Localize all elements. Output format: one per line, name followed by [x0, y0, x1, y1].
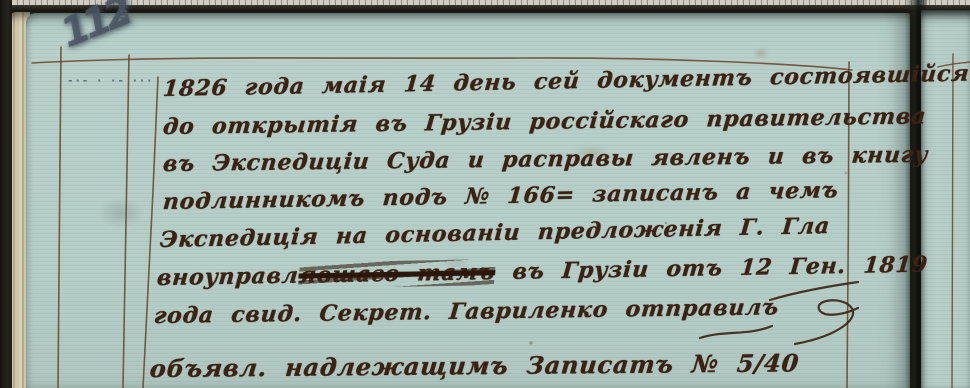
ink-flourish-2: [770, 282, 858, 300]
left-vertical-rule-1: [58, 47, 61, 388]
strikethrough-text: явшаго тамъ: [298, 259, 497, 288]
pencil-margin-marks: -·- · ·- ···: [68, 74, 154, 87]
left-vertical-rule-2: [123, 55, 129, 388]
adjacent-page-vertical-rule: [952, 54, 953, 388]
document-scan: 112 з -·- · ·- ··· 1826 года маія 14 ден…: [0, 0, 970, 388]
line-6-start: вноуправл: [156, 263, 300, 292]
ink-flourish-3: [700, 326, 772, 338]
text-margin-rule: [143, 77, 158, 388]
ink-flourish-1: [795, 300, 858, 344]
handwritten-line-8: объявл. надлежащимъ Записатъ № 5/40: [149, 348, 801, 383]
